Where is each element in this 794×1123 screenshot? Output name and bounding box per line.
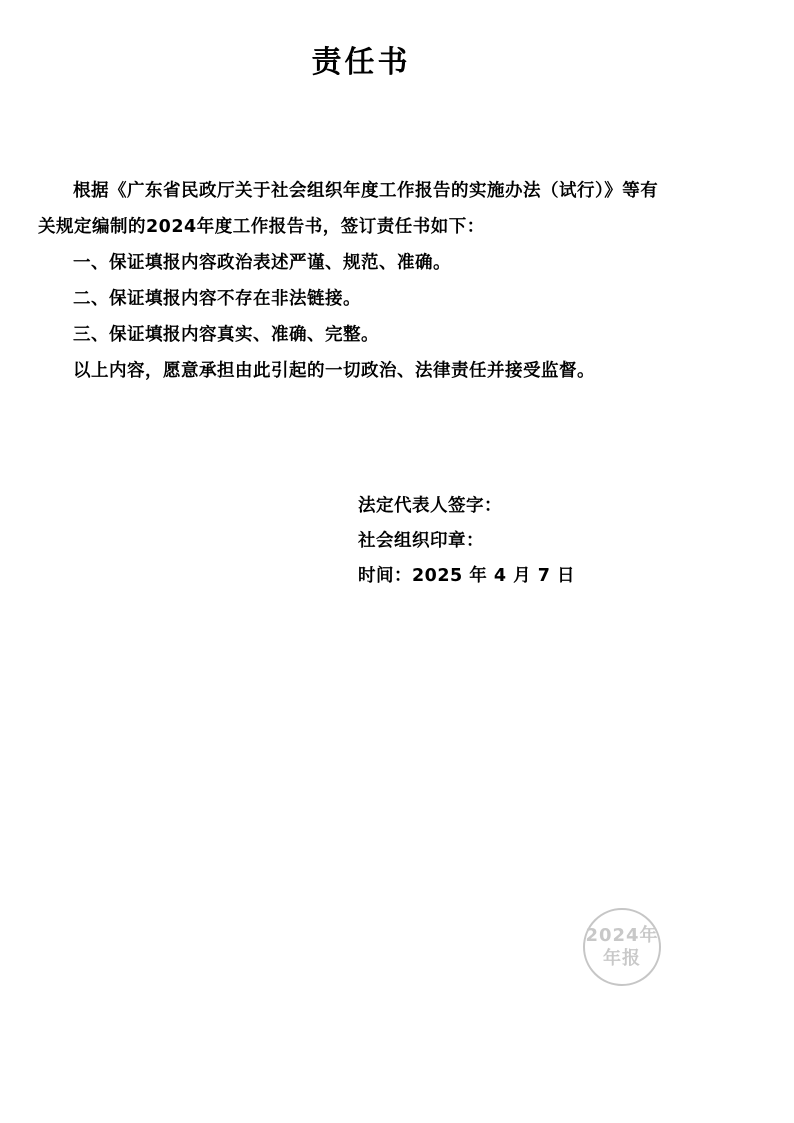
organization-seal-label: 社会组织印章：: [358, 524, 575, 559]
commitment-item-2: 二、保证填报内容不存在非法链接。: [38, 281, 730, 317]
legal-representative-signature-label: 法定代表人签字：: [358, 489, 575, 524]
annual-report-stamp-icon: 2024年 年报: [583, 908, 661, 986]
commitment-item-1: 一、保证填报内容政治表述严谨、规范、准确。: [38, 245, 730, 281]
stamp-year-text: 2024年: [585, 924, 658, 947]
document-page: 责任书 根据《广东省民政厅关于社会组织年度工作报告的实施办法（试行）》等有 关规…: [0, 0, 794, 1123]
signature-block: 法定代表人签字： 社会组织印章： 时间：2025 年 4 月 7 日: [358, 489, 575, 594]
intro-line-2: 关规定编制的2024年度工作报告书，签订责任书如下：: [38, 209, 730, 245]
intro-line-1: 根据《广东省民政厅关于社会组织年度工作报告的实施办法（试行）》等有: [38, 173, 730, 209]
page-title: 责任书: [0, 43, 722, 83]
stamp-report-text: 年报: [603, 947, 641, 970]
closing-statement: 以上内容，愿意承担由此引起的一切政治、法律责任并接受监督。: [38, 353, 730, 389]
document-body: 根据《广东省民政厅关于社会组织年度工作报告的实施办法（试行）》等有 关规定编制的…: [38, 173, 730, 389]
commitment-item-3: 三、保证填报内容真实、准确、完整。: [38, 317, 730, 353]
date-line: 时间：2025 年 4 月 7 日: [358, 559, 575, 594]
